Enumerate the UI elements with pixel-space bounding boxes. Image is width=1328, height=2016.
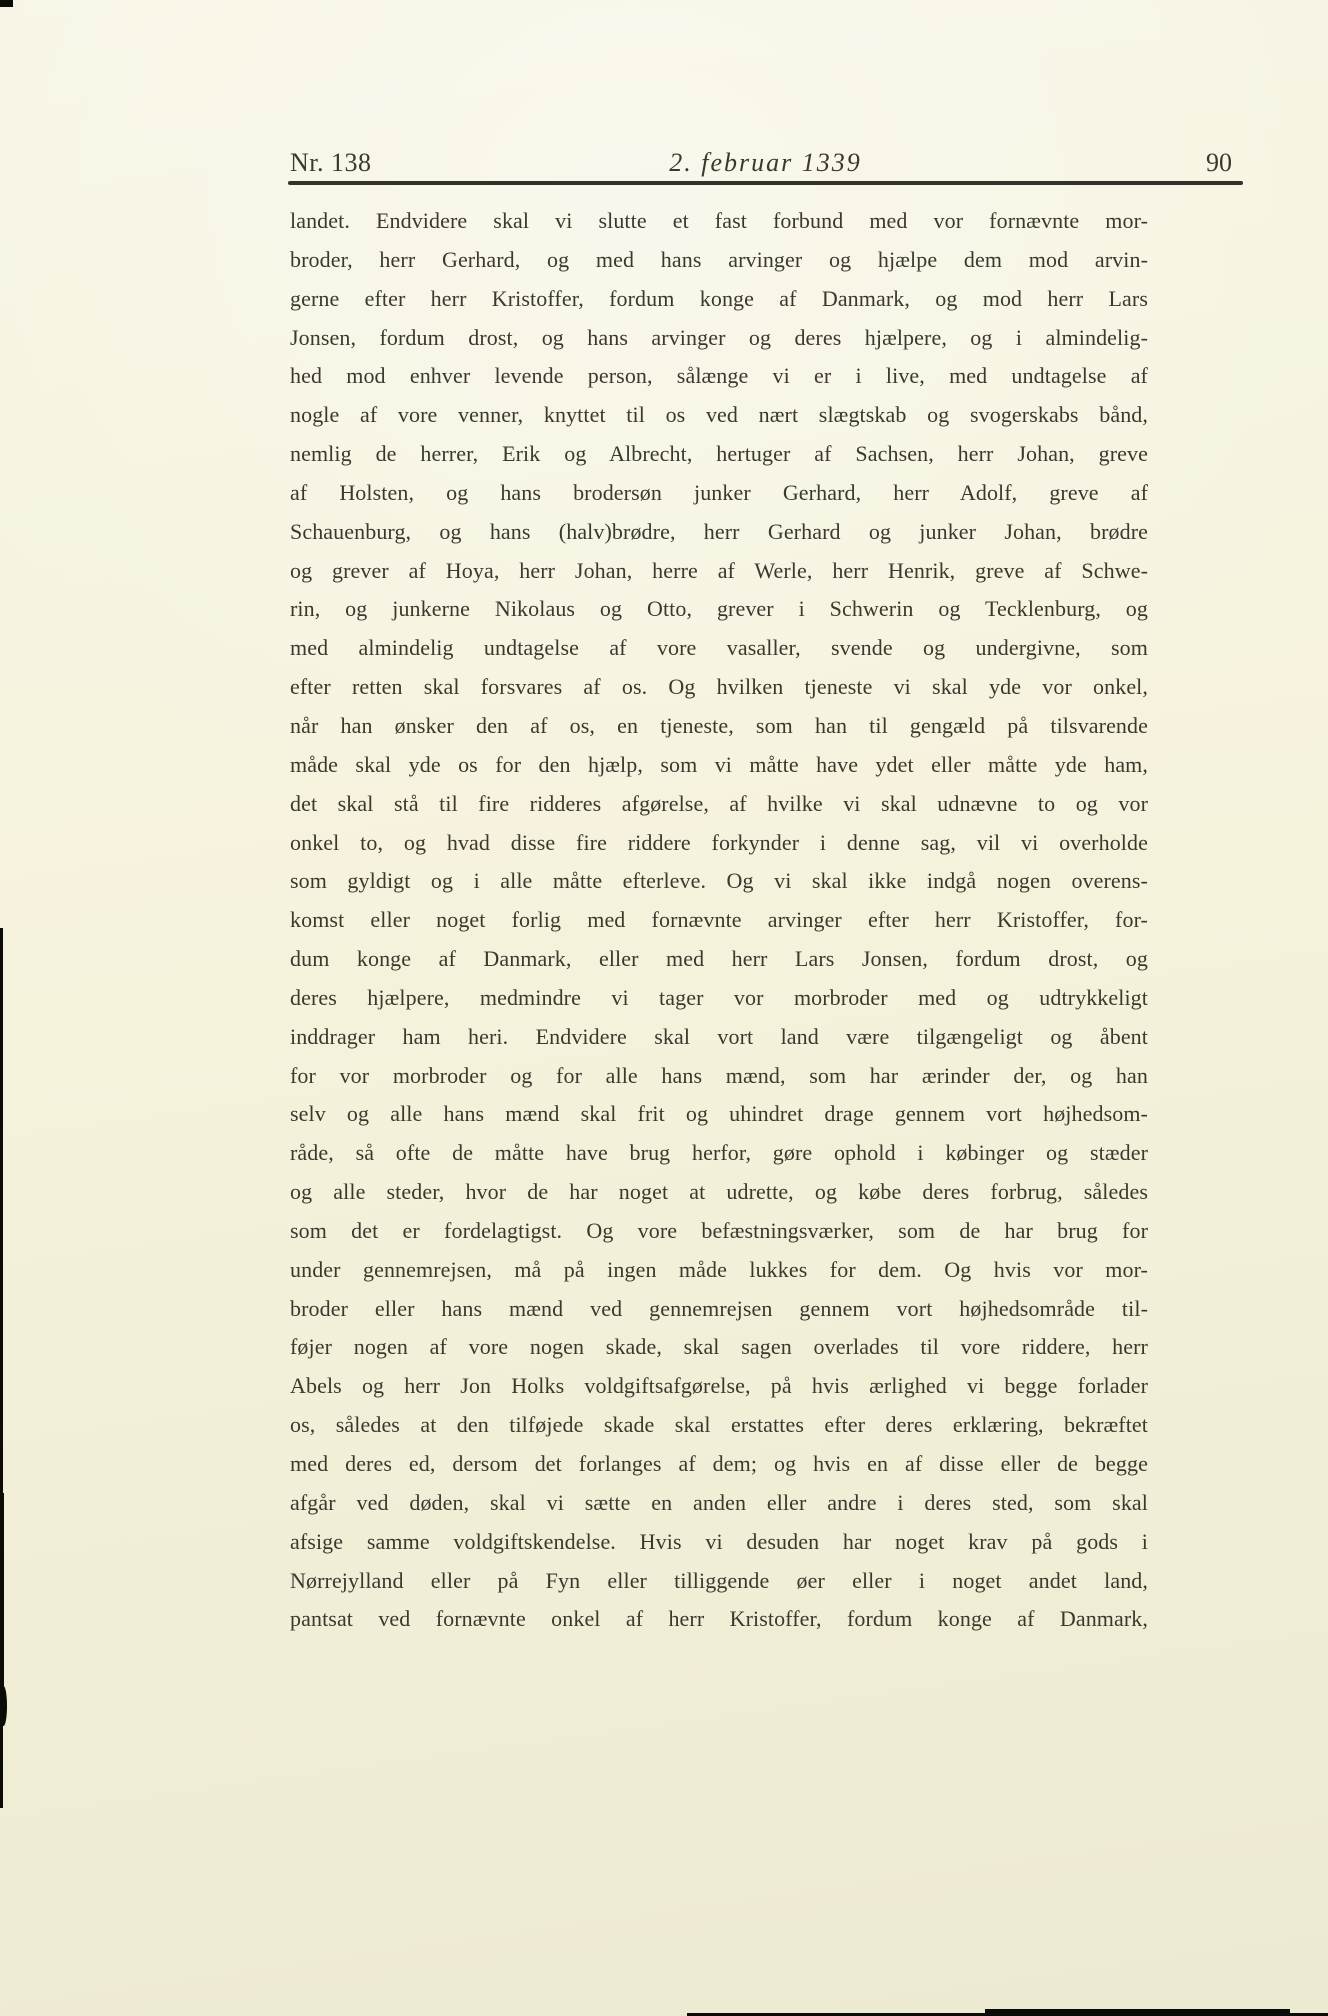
text-line: broder eller hans mænd ved gennemrejsen … (290, 1290, 1148, 1329)
text-line: med deres ed, dersom det forlanges af de… (290, 1445, 1148, 1484)
text-line: selv og alle hans mænd skal frit og uhin… (290, 1095, 1148, 1134)
text-line: hed mod enhver levende person, sålænge v… (290, 357, 1148, 396)
text-line: dum konge af Danmark, eller med herr Lar… (290, 940, 1148, 979)
scan-artifact-left-edge (0, 1726, 3, 1808)
text-line: nogle af vore venner, knyttet til os ved… (290, 396, 1148, 435)
text-line: afgår ved døden, skal vi sætte en anden … (290, 1484, 1148, 1523)
document-date: 2. februar 1339 (288, 148, 1243, 178)
scan-artifact-left-edge-blob (0, 1686, 7, 1726)
text-line: Jonsen, fordum drost, og hans arvinger o… (290, 319, 1148, 358)
text-line: Nørrejylland eller på Fyn eller tilligge… (290, 1562, 1148, 1601)
page-number: 90 (1180, 148, 1232, 178)
text-line: Schauenburg, og hans (halv)brødre, herr … (290, 513, 1148, 552)
text-line: os, således at den tilføjede skade skal … (290, 1406, 1148, 1445)
text-line: rin, og junkerne Nikolaus og Otto, greve… (290, 590, 1148, 629)
text-line: deres hjælpere, medmindre vi tager vor m… (290, 979, 1148, 1018)
header-rule (288, 181, 1243, 185)
scan-artifact-left-edge (0, 1493, 4, 1689)
text-line: når han ønsker den af os, en tjeneste, s… (290, 707, 1148, 746)
text-line: afsige samme voldgiftskendelse. Hvis vi … (290, 1523, 1148, 1562)
text-line: af Holsten, og hans brodersøn junker Ger… (290, 474, 1148, 513)
text-line: gerne efter herr Kristoffer, fordum kong… (290, 280, 1148, 319)
text-line: med almindelig undtagelse af vore vasall… (290, 629, 1148, 668)
text-line: som det er fordelagtigst. Og vore befæst… (290, 1212, 1148, 1251)
text-line: som gyldigt og i alle måtte efterleve. O… (290, 862, 1148, 901)
text-line: efter retten skal forsvares af os. Og hv… (290, 668, 1148, 707)
text-line: broder, herr Gerhard, og med hans arving… (290, 241, 1148, 280)
text-line: landet. Endvidere skal vi slutte et fast… (290, 202, 1148, 241)
text-line: pantsat ved fornævnte onkel af herr Kris… (290, 1600, 1148, 1639)
text-line: det skal stå til fire ridderes afgørelse… (290, 785, 1148, 824)
text-line: og alle steder, hvor de har noget at udr… (290, 1173, 1148, 1212)
book-page: Nr. 138 2. februar 1339 90 landet. Endvi… (0, 0, 1328, 2016)
text-line: under gennemrejsen, må på ingen måde luk… (290, 1251, 1148, 1290)
text-line: råde, så ofte de måtte have brug herfor,… (290, 1134, 1148, 1173)
text-line: onkel to, og hvad disse fire riddere for… (290, 824, 1148, 863)
text-line: nemlig de herrer, Erik og Albrecht, hert… (290, 435, 1148, 474)
text-line: Abels og herr Jon Holks voldgiftsafgørel… (290, 1367, 1148, 1406)
text-line: komst eller noget forlig med fornævnte a… (290, 901, 1148, 940)
text-line: måde skal yde os for den hjælp, som vi m… (290, 746, 1148, 785)
scan-artifact-left-edge (0, 928, 3, 1493)
text-line: og grever af Hoya, herr Johan, herre af … (290, 552, 1148, 591)
scan-artifact-bottom-edge (985, 2009, 1290, 2016)
text-line: inddrager ham heri. Endvidere skal vort … (290, 1018, 1148, 1057)
text-line: for vor morbroder og for alle hans mænd,… (290, 1057, 1148, 1096)
text-line: føjer nogen af vore nogen skade, skal sa… (290, 1328, 1148, 1367)
document-body: landet. Endvidere skal vi slutte et fast… (290, 202, 1148, 1639)
scan-artifact-top-left-corner (0, 0, 13, 7)
